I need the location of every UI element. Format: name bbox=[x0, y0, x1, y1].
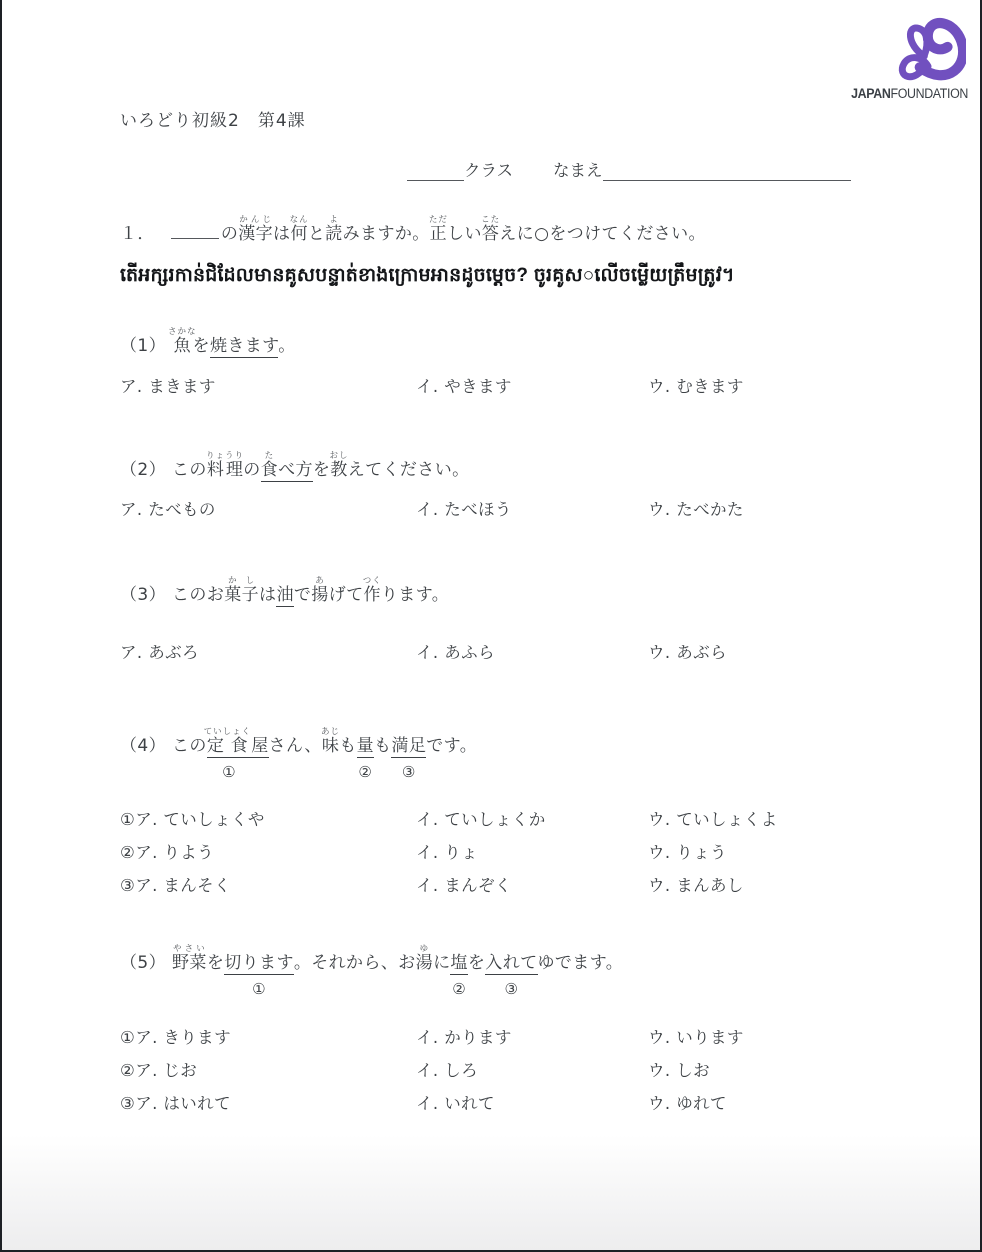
question-number: （5） bbox=[120, 953, 166, 973]
sentence-text: は bbox=[273, 224, 290, 244]
name-label: なまえ bbox=[553, 157, 603, 181]
option: イ. ていしょくか bbox=[416, 803, 648, 836]
option: ウ. むきます bbox=[648, 370, 920, 403]
instruction-khmer: តើអក្សរកាន់ជិដែលមានគូសបន្ទាត់ខាងក្រោមអាន… bbox=[120, 263, 920, 291]
option: ①ア. ていしょくや bbox=[120, 803, 416, 836]
sentence-text: 菓子かし bbox=[224, 585, 259, 605]
sentence-text: 揚あ bbox=[311, 585, 328, 605]
option: ア. まきます bbox=[120, 370, 416, 403]
question-item: （5）野菜やさいを切ります①。それから、お湯ゆに塩②を入れて③ゆでます。①ア. … bbox=[120, 944, 920, 1119]
sentence-text: も bbox=[374, 736, 391, 756]
question-item: （1）魚さかなを焼きます。ア. まきますイ. やきますウ. むきます bbox=[120, 327, 920, 402]
underlined-word: 満足③ bbox=[391, 736, 426, 758]
sentence-text: を bbox=[313, 460, 330, 480]
furigana: よ bbox=[325, 215, 342, 225]
sentence-text: 湯ゆ bbox=[416, 953, 433, 973]
instruction-line: １．の漢字かんじは何なんと読よみますか。正ただしい答こたえに○をつけてください。 bbox=[120, 215, 920, 245]
option: ウ. しお bbox=[648, 1054, 920, 1087]
sentence-text: 魚さかな bbox=[172, 336, 193, 356]
class-label: クラス bbox=[464, 157, 513, 181]
options-row: ③ア. まんそくイ. まんぞくウ. まんあし bbox=[120, 869, 920, 902]
circled-number-mark: ② bbox=[358, 763, 372, 782]
furigana: かんじ bbox=[238, 215, 273, 225]
sentence-text: 。 bbox=[278, 336, 295, 356]
circled-number-mark: ① bbox=[222, 763, 236, 782]
sentence-text: 野菜やさい bbox=[172, 953, 207, 973]
options-row: ①ア. きりますイ. かりますウ. いります bbox=[120, 1021, 920, 1054]
underlined-word: 入れて③ bbox=[485, 953, 537, 975]
sentence-text: 答こた bbox=[482, 224, 499, 244]
furigana: あじ bbox=[321, 727, 340, 737]
question-sentence: （2）この料理りょうりの食たべ方を教おしえてください。 bbox=[120, 451, 920, 481]
sentence-text: げて bbox=[329, 585, 364, 605]
sentence-text: 読よ bbox=[325, 224, 342, 244]
question-sentence: （3）このお菓子かしは油で揚あげて作つくります。 bbox=[120, 576, 920, 606]
option: ウ. あぶら bbox=[648, 636, 920, 669]
sentence-text: を bbox=[207, 953, 224, 973]
option: ア. たべもの bbox=[120, 493, 416, 526]
underlined-word: べ方 bbox=[278, 460, 313, 482]
sentence-text: 教おし bbox=[330, 460, 347, 480]
class-name-line: クラス なまえ bbox=[407, 157, 920, 181]
page-bottom-shadow bbox=[2, 1135, 980, 1250]
option: ウ. まんあし bbox=[648, 869, 920, 902]
class-blank-line bbox=[407, 164, 464, 181]
option: ウ. たべかた bbox=[648, 493, 920, 526]
underlined-word: 塩② bbox=[450, 953, 467, 975]
options-row: ③ア. はいれてイ. いれてウ. ゆれて bbox=[120, 1087, 920, 1120]
option: イ. かります bbox=[416, 1021, 648, 1054]
option: ウ. ていしょくよ bbox=[648, 803, 920, 836]
option: ②ア. りよう bbox=[120, 836, 416, 869]
option: イ. まんぞく bbox=[416, 869, 648, 902]
options-row: ア. たべものイ. たべほうウ. たべかた bbox=[120, 493, 920, 526]
furigana: なん bbox=[290, 215, 309, 225]
question-number: （3） bbox=[120, 585, 166, 605]
circled-number-mark: ② bbox=[452, 980, 466, 999]
sentence-text: 何なん bbox=[290, 224, 307, 244]
sentence-text: ゆでます。 bbox=[538, 953, 624, 973]
option: ③ア. はいれて bbox=[120, 1087, 416, 1120]
furigana: ゆ bbox=[416, 944, 433, 954]
options-row: ②ア. じおイ. しろウ. しお bbox=[120, 1054, 920, 1087]
instruction-number: １． bbox=[120, 224, 155, 244]
option: ウ. ゆれて bbox=[648, 1087, 920, 1120]
sentence-text: ります。 bbox=[381, 585, 449, 605]
sentence-text: で bbox=[294, 585, 311, 605]
option: ①ア. きります bbox=[120, 1021, 416, 1054]
sentence-text: と bbox=[308, 224, 325, 244]
option: イ. りょ bbox=[416, 836, 648, 869]
underlined-word: 油 bbox=[276, 585, 293, 607]
options-row: ②ア. りようイ. りょウ. りょう bbox=[120, 836, 920, 869]
furigana: さかな bbox=[168, 327, 197, 337]
option: イ. いれて bbox=[416, 1087, 648, 1120]
question-number: （2） bbox=[120, 460, 166, 480]
question-sentence: （1）魚さかなを焼きます。 bbox=[120, 327, 920, 357]
sentence-text: の bbox=[221, 224, 238, 244]
circled-number-mark: ③ bbox=[402, 763, 416, 782]
furigana: ていしょく bbox=[204, 727, 252, 737]
option: ア. あぶろ bbox=[120, 636, 416, 669]
sentence-text: 。それから、お bbox=[294, 953, 416, 973]
course-title: いろどり初級2 第4課 bbox=[120, 106, 920, 131]
sentence-text: に bbox=[433, 953, 450, 973]
furigana: かし bbox=[224, 576, 259, 586]
options-row: ①ア. ていしょくやイ. ていしょくかウ. ていしょくよ bbox=[120, 803, 920, 836]
sentence-text: さん、 bbox=[269, 736, 322, 756]
furigana: おし bbox=[330, 451, 349, 461]
fill-in-blank-line bbox=[171, 224, 219, 239]
furigana: ただ bbox=[429, 215, 448, 225]
sentence-text: を bbox=[193, 336, 210, 356]
question-item: （3）このお菓子かしは油で揚あげて作つくります。ア. あぶろイ. あふらウ. あ… bbox=[120, 576, 920, 669]
options-row: ア. まきますイ. やきますウ. むきます bbox=[120, 370, 920, 403]
circled-number-mark: ① bbox=[252, 980, 266, 999]
questions: （1）魚さかなを焼きます。ア. まきますイ. やきますウ. むきます（2）この料… bbox=[120, 327, 920, 1119]
question-sentence: （5）野菜やさいを切ります①。それから、お湯ゆに塩②を入れて③ゆでます。 bbox=[120, 944, 920, 974]
worksheet-page: JAPANFOUNDATION いろどり初級2 第4課 クラス なまえ １．の漢… bbox=[0, 0, 982, 1252]
sentence-text: しい bbox=[447, 224, 482, 244]
underlined-word: 切ります① bbox=[224, 953, 294, 975]
furigana: やさい bbox=[172, 944, 207, 954]
worksheet-content: いろどり初級2 第4課 クラス なまえ １．の漢字かんじは何なんと読よみますか。… bbox=[2, 0, 980, 1120]
underlined-word: 定食ていしょく① bbox=[207, 736, 251, 758]
sentence-text: この bbox=[172, 736, 207, 756]
furigana: つく bbox=[363, 576, 382, 586]
underlined-word: 屋 bbox=[251, 736, 268, 758]
sentence-text: の bbox=[243, 460, 260, 480]
underlined-word: 量② bbox=[357, 736, 374, 758]
sentence-text: このお bbox=[172, 585, 224, 605]
option: ウ. りょう bbox=[648, 836, 920, 869]
sentence-text: えてください。 bbox=[348, 460, 470, 480]
option: イ. しろ bbox=[416, 1054, 648, 1087]
option: ②ア. じお bbox=[120, 1054, 416, 1087]
sentence-text: 正ただ bbox=[430, 224, 447, 244]
underlined-word: 焼きます bbox=[210, 336, 278, 358]
sentence-text: を bbox=[468, 953, 485, 973]
sentence-text: みますか。 bbox=[343, 224, 430, 244]
question-number: （4） bbox=[120, 736, 166, 756]
question-item: （2）この料理りょうりの食たべ方を教おしえてください。ア. たべものイ. たべほ… bbox=[120, 451, 920, 526]
sentence-text: この bbox=[172, 460, 207, 480]
sentence-text: も bbox=[339, 736, 356, 756]
option: ウ. いります bbox=[648, 1021, 920, 1054]
question-number: （1） bbox=[120, 336, 166, 356]
sentence-text: です。 bbox=[426, 736, 477, 756]
sentence-text: は bbox=[259, 585, 276, 605]
furigana: りょうり bbox=[206, 451, 244, 461]
option: イ. やきます bbox=[416, 370, 648, 403]
question-item: （4）この定食ていしょく①屋さん、味あじも量②も満足③です。①ア. ていしょくや… bbox=[120, 727, 920, 902]
furigana: こた bbox=[481, 215, 500, 225]
furigana: た bbox=[261, 451, 278, 461]
question-sentence: （4）この定食ていしょく①屋さん、味あじも量②も満足③です。 bbox=[120, 727, 920, 757]
name-blank-line bbox=[603, 164, 851, 181]
underlined-word: 食た bbox=[261, 460, 278, 482]
sentence-text: えに○をつけてください。 bbox=[499, 224, 706, 244]
option: ③ア. まんそく bbox=[120, 869, 416, 902]
sentence-text: 作つく bbox=[363, 585, 380, 605]
sentence-text: 味あじ bbox=[322, 736, 339, 756]
options-row: ア. あぶろイ. あふらウ. あぶら bbox=[120, 636, 920, 669]
option: イ. あふら bbox=[416, 636, 648, 669]
sentence-text: 漢字かんじ bbox=[238, 224, 273, 244]
option: イ. たべほう bbox=[416, 493, 648, 526]
circled-number-mark: ③ bbox=[504, 980, 518, 999]
furigana: あ bbox=[311, 576, 328, 586]
sentence-text: 料理りょうり bbox=[207, 460, 243, 480]
